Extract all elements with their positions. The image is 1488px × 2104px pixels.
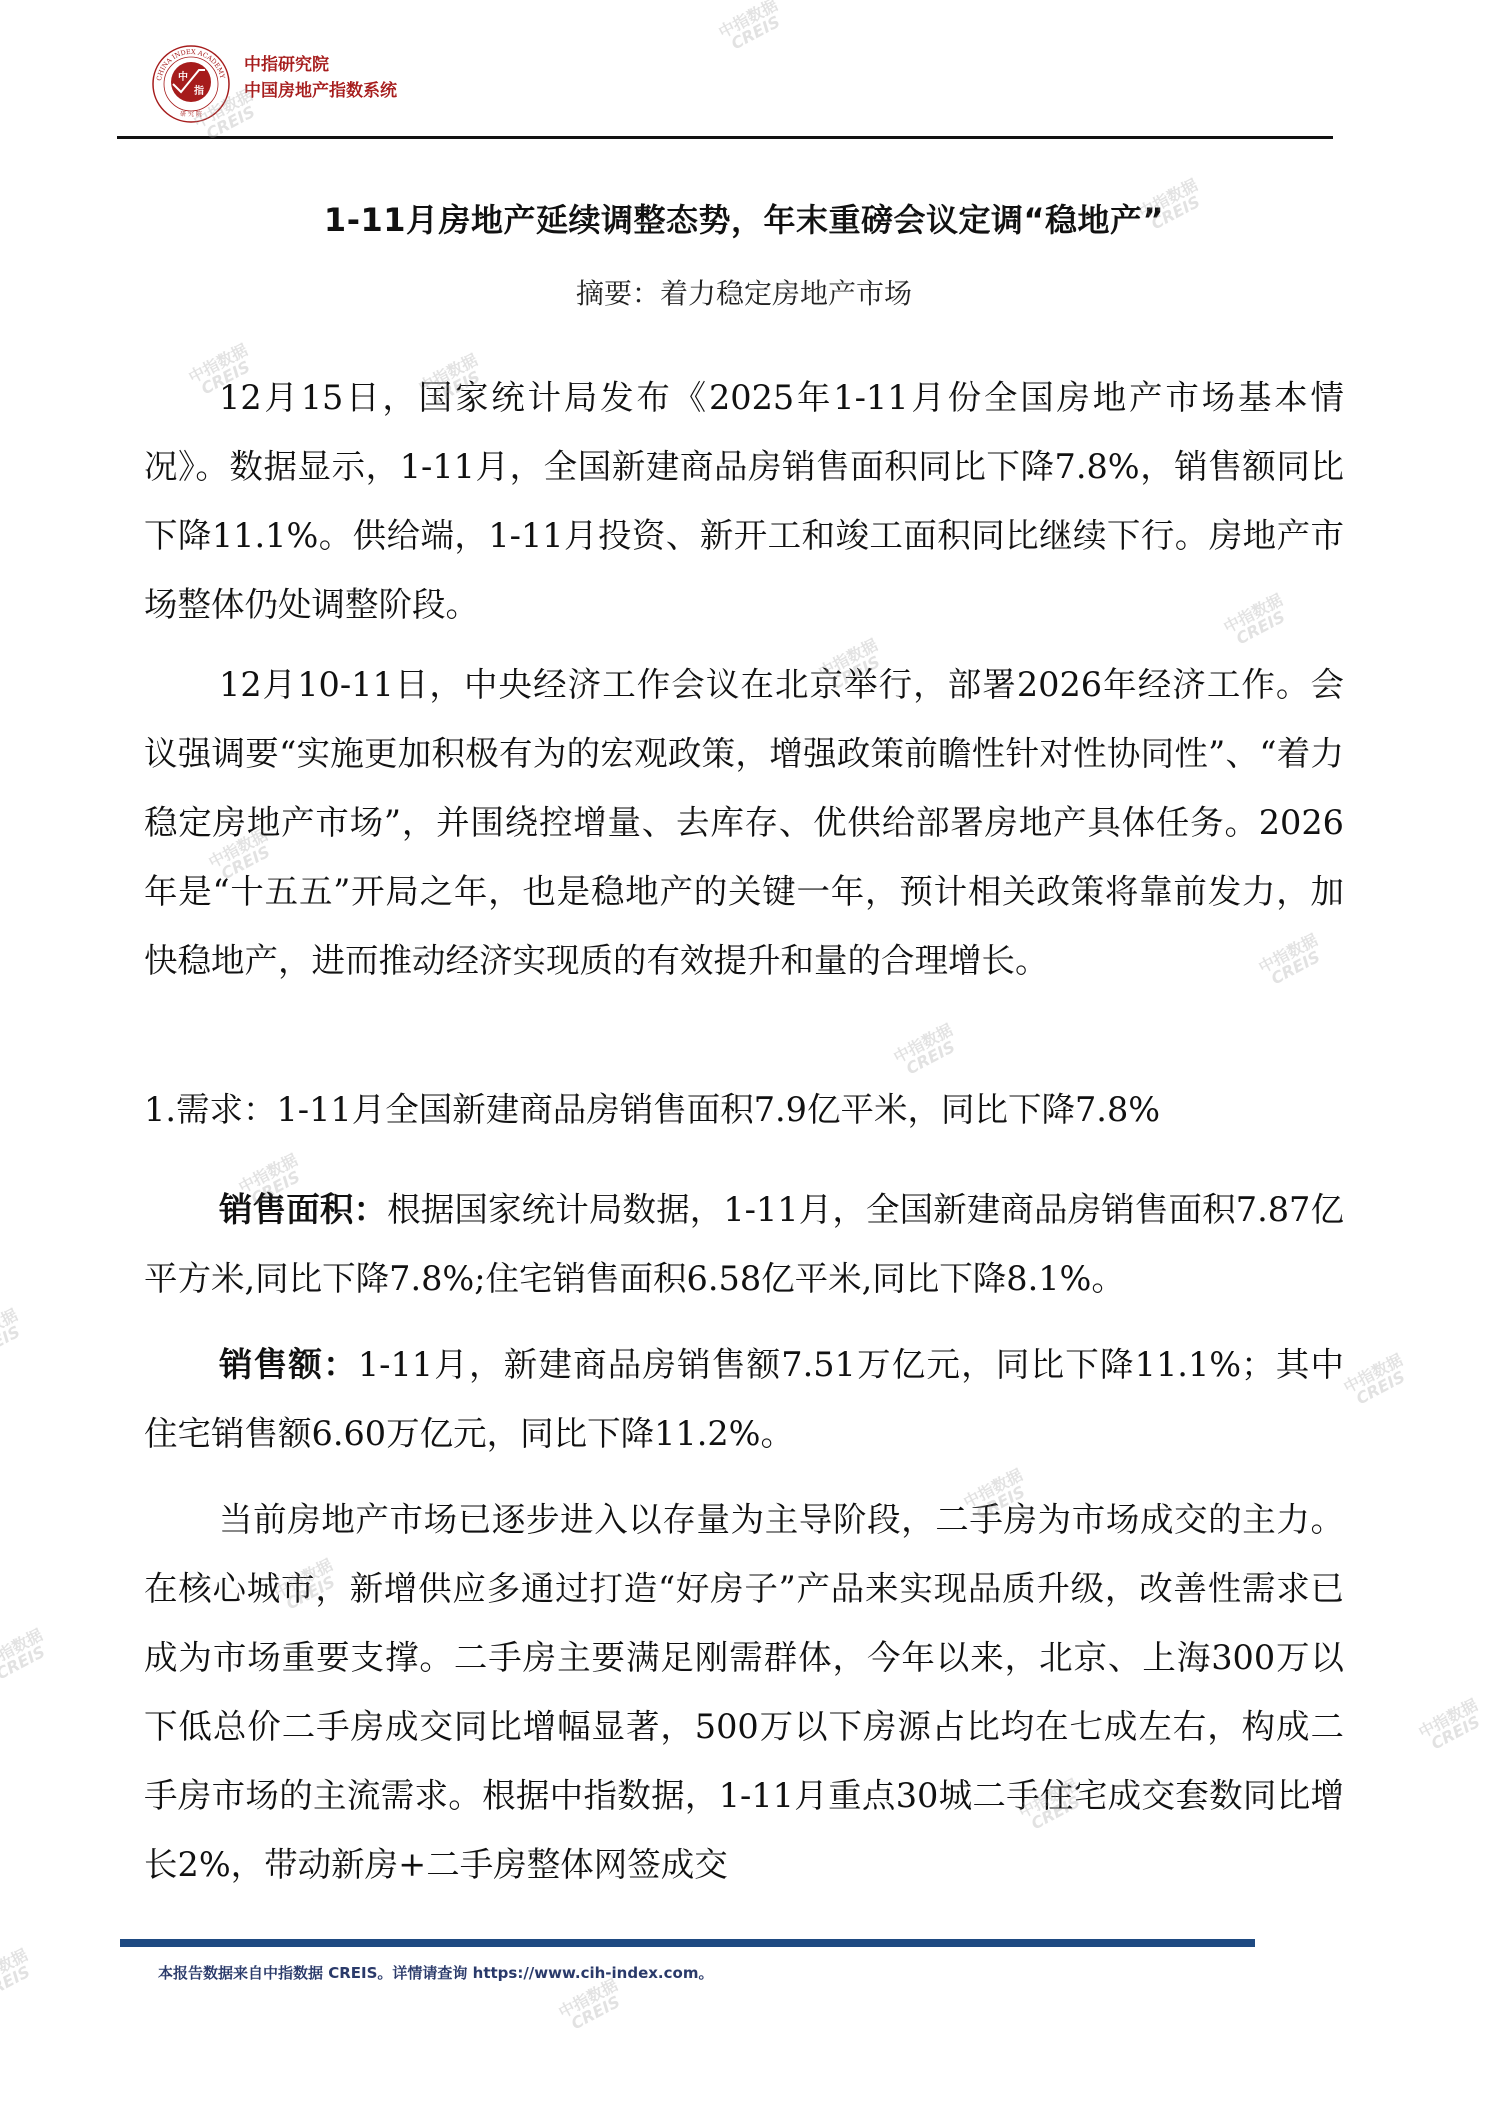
paragraph-sales-area: 销售面积：根据国家统计局数据，1-11月，全国新建商品房销售面积7.87亿平方米… xyxy=(144,1175,1344,1313)
watermark: 中指数据CREIS xyxy=(1341,1352,1413,1410)
document-title: 1-11月房地产延续调整态势，年末重磅会议定调“稳地产” xyxy=(0,195,1488,241)
footer-source-note: 本报告数据来自中指数据 CREIS。详情请查询 https://www.cih-… xyxy=(158,1962,713,1983)
document-subtitle: 摘要：着力稳定房地产市场 xyxy=(0,272,1488,312)
svg-text:研 究 院: 研 究 院 xyxy=(180,110,202,118)
watermark: 中指数据CREIS xyxy=(0,1627,53,1685)
paragraph-sales-amount: 销售额：1-11月，新建商品房销售额7.51万亿元，同比下降11.1%；其中住宅… xyxy=(144,1330,1344,1468)
watermark: 中指数据CREIS xyxy=(0,1947,38,2005)
watermark: 中指数据CREIS xyxy=(556,1977,628,2035)
watermark: 中指数据CREIS xyxy=(891,1022,963,1080)
section-heading-demand: 1.需求：1-11月全国新建商品房销售面积7.9亿平米，同比下降7.8% xyxy=(144,1090,1344,1130)
watermark: 中指数据CREIS xyxy=(716,0,788,55)
paragraph-nbs-release: 12月15日，国家统计局发布《2025年1-11月份全国房地产市场基本情况》。数… xyxy=(144,363,1344,639)
document-page: 中 指 研 究 院 CHINA INDEX ACADEMY 中指研究院 中国房地… xyxy=(0,0,1488,2104)
china-index-academy-logo: 中 指 研 究 院 CHINA INDEX ACADEMY xyxy=(151,44,231,124)
footer-bar xyxy=(120,1939,1255,1947)
watermark: 中指数据CREIS xyxy=(1416,1697,1488,1755)
paragraph-market-structure: 当前房地产市场已逐步进入以存量为主导阶段，二手房为市场成交的主力。在核心城市，新… xyxy=(144,1485,1344,1899)
svg-text:中: 中 xyxy=(178,70,188,83)
org-system: 中国房地产指数系统 xyxy=(244,78,397,104)
paragraph-economic-conference: 12月10-11日，中央经济工作会议在北京举行，部署2026年经济工作。会议强调… xyxy=(144,650,1344,995)
sales-amount-label: 销售额： xyxy=(219,1345,358,1384)
sales-area-label: 销售面积： xyxy=(219,1190,387,1229)
org-name: 中指研究院 xyxy=(244,52,397,78)
svg-text:指: 指 xyxy=(194,84,204,97)
organization-name: 中指研究院 中国房地产指数系统 xyxy=(244,52,397,104)
header-divider xyxy=(117,136,1333,139)
watermark: 中指数据CREIS xyxy=(0,1307,28,1365)
